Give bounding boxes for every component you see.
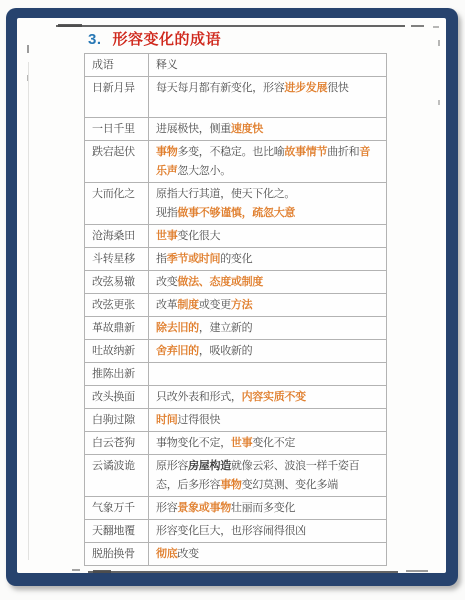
plain-text: 形容变化巨大，也形容闹得很凶	[156, 525, 306, 537]
idiom-cell: 吐故纳新	[85, 340, 149, 363]
idiom-cell: 天翻地覆	[85, 520, 149, 543]
highlighted-text: 世事	[156, 230, 177, 242]
plain-text: 曲折和	[327, 146, 359, 158]
highlighted-text: 除去旧的	[156, 322, 199, 334]
idiom-cell: 沧海桑田	[85, 225, 149, 248]
idiom-table: 成语释义日新月异每天每月都有新变化，形容进步发展很快一日千里进展极快，侧重速度快…	[84, 53, 387, 566]
plain-text: 改革	[156, 299, 177, 311]
idiom-cell: 脱胎换骨	[85, 543, 149, 566]
meaning-line: 原指大行其道，使天下化之。	[156, 185, 379, 204]
table-header-row: 成语释义	[85, 54, 387, 77]
meaning-line: 形容景象或事物壮丽而多变化	[156, 499, 379, 518]
meaning-cell: 事物变化不定，世事变化不定	[149, 432, 387, 455]
meaning-cell	[149, 363, 387, 386]
idiom-cell: 大而化之	[85, 183, 149, 225]
highlighted-text: 做法、态度或制度	[177, 276, 263, 288]
meaning-line: 事物多变，不稳定。也比喻故事情节曲折和音	[156, 143, 379, 162]
scan-artifact	[27, 45, 29, 53]
plain-text: 形容	[156, 502, 177, 514]
highlighted-text: 世事	[231, 437, 252, 449]
bottom-rule	[88, 571, 398, 573]
meaning-cell: 改变做法、态度或制度	[149, 271, 387, 294]
plain-text: 变化很大	[177, 230, 220, 242]
table-row: 跌宕起伏事物多变，不稳定。也比喻故事情节曲折和音乐声忽大忽小。	[85, 141, 387, 183]
meaning-cell: 指季节或时间的变化	[149, 248, 387, 271]
meaning-line: 时间过得很快	[156, 411, 379, 430]
header-idiom: 成语	[85, 54, 149, 77]
highlighted-text: 方法	[231, 299, 252, 311]
meaning-cell: 原指大行其道，使天下化之。现指做事不够谨慎，疏忽大意	[149, 183, 387, 225]
plain-text: 改变	[177, 548, 198, 560]
meaning-line: 每天每月都有新变化，形容进步发展很快	[156, 79, 379, 98]
table-row: 日新月异每天每月都有新变化，形容进步发展很快	[85, 77, 387, 118]
highlighted-text: 内容实质不变	[242, 391, 306, 403]
scan-edge-line	[28, 62, 29, 560]
plain-text: 的变化	[220, 253, 252, 265]
idiom-cell: 革故鼎新	[85, 317, 149, 340]
plain-text: 变幻莫测、变化多端	[242, 479, 338, 491]
meaning-line: 形容变化巨大，也形容闹得很凶	[156, 522, 379, 541]
table-row: 改弦易辙改变做法、态度或制度	[85, 271, 387, 294]
meaning-cell: 形容变化巨大，也形容闹得很凶	[149, 520, 387, 543]
plain-text: ，吸收新的	[199, 345, 253, 357]
meaning-cell: 舍弃旧的，吸收新的	[149, 340, 387, 363]
table-row: 推陈出新	[85, 363, 387, 386]
idiom-cell: 云谲波诡	[85, 455, 149, 497]
meaning-line: 彻底改变	[156, 545, 379, 564]
meaning-cell: 彻底改变	[149, 543, 387, 566]
meaning-cell: 事物多变，不稳定。也比喻故事情节曲折和音乐声忽大忽小。	[149, 141, 387, 183]
page-frame: 3.形容变化的成语 成语释义日新月异每天每月都有新变化，形容进步发展很快一日千里…	[6, 8, 458, 586]
plain-text: 原指大行其道，使天下化之。	[156, 188, 295, 200]
plain-text: 态，后多形容	[156, 479, 220, 491]
bold-text: 房屋构造	[188, 460, 231, 472]
plain-text: 原形容	[156, 460, 188, 472]
worksheet-page: 3.形容变化的成语 成语释义日新月异每天每月都有新变化，形容进步发展很快一日千里…	[17, 18, 446, 573]
plain-text: 或变更	[199, 299, 231, 311]
highlighted-text: 事物	[220, 479, 241, 491]
meaning-line	[156, 365, 379, 384]
idiom-cell: 改头换面	[85, 386, 149, 409]
table-row: 斗转星移指季节或时间的变化	[85, 248, 387, 271]
table-row: 大而化之原指大行其道，使天下化之。现指做事不够谨慎，疏忽大意	[85, 183, 387, 225]
highlighted-text: 舍弃旧的	[156, 345, 199, 357]
table-row: 沧海桑田世事变化很大	[85, 225, 387, 248]
meaning-cell: 形容景象或事物壮丽而多变化	[149, 497, 387, 520]
meaning-cell: 原形容房屋构造就像云彩、波浪一样千姿百态，后多形容事物变幻莫测、变化多端	[149, 455, 387, 497]
meaning-cell: 世事变化很大	[149, 225, 387, 248]
plain-text: 很快	[327, 82, 348, 94]
plain-text: 只改外表和形式，	[156, 391, 242, 403]
scan-artifact	[438, 40, 440, 46]
meaning-cell: 每天每月都有新变化，形容进步发展很快	[149, 77, 387, 118]
scan-artifact	[406, 570, 428, 572]
top-rule-bold	[58, 24, 82, 27]
plain-text: 每天每月都有新变化，形容	[156, 82, 284, 94]
table-row: 天翻地覆形容变化巨大，也形容闹得很凶	[85, 520, 387, 543]
highlighted-text: 季节或时间	[167, 253, 221, 265]
meaning-line: 只改外表和形式，内容实质不变	[156, 388, 379, 407]
highlighted-text: 进步发展	[284, 82, 327, 94]
section-title: 3.形容变化的成语	[88, 29, 221, 50]
idiom-cell: 改弦更张	[85, 294, 149, 317]
table-row: 改弦更张改革制度或变更方法	[85, 294, 387, 317]
meaning-cell: 除去旧的，建立新的	[149, 317, 387, 340]
plain-text: 指	[156, 253, 167, 265]
plain-text: 现指	[156, 207, 177, 219]
highlighted-text: 制度	[177, 299, 198, 311]
idiom-cell: 跌宕起伏	[85, 141, 149, 183]
highlighted-text: 景象或事物	[177, 502, 231, 514]
meaning-line: 除去旧的，建立新的	[156, 319, 379, 338]
plain-text: 就像云彩、波浪一样千姿百	[231, 460, 359, 472]
bottom-rule-bold	[93, 570, 111, 573]
meaning-cell: 只改外表和形式，内容实质不变	[149, 386, 387, 409]
plain-text: 忽大忽小。	[177, 165, 231, 177]
plain-text: 多变，不稳定。也比喻	[177, 146, 284, 158]
section-title-text: 形容变化的成语	[113, 31, 222, 48]
meaning-line: 世事变化很大	[156, 227, 379, 246]
meaning-line: 舍弃旧的，吸收新的	[156, 342, 379, 361]
meaning-line: 乐声忽大忽小。	[156, 162, 379, 181]
idiom-cell: 白驹过隙	[85, 409, 149, 432]
idiom-cell: 白云苍狗	[85, 432, 149, 455]
top-rule	[56, 25, 405, 27]
meaning-line: 原形容房屋构造就像云彩、波浪一样千姿百	[156, 457, 379, 476]
highlighted-text: 乐声	[156, 165, 177, 177]
highlighted-text: 事物	[156, 146, 177, 158]
meaning-line: 改变做法、态度或制度	[156, 273, 379, 292]
meaning-line: 改革制度或变更方法	[156, 296, 379, 315]
table-row: 云谲波诡原形容房屋构造就像云彩、波浪一样千姿百态，后多形容事物变幻莫测、变化多端	[85, 455, 387, 497]
plain-text: 改变	[156, 276, 177, 288]
meaning-cell: 进展极快，侧重速度快	[149, 118, 387, 141]
table-row: 革故鼎新除去旧的，建立新的	[85, 317, 387, 340]
table-row: 脱胎换骨彻底改变	[85, 543, 387, 566]
highlighted-text: 彻底	[156, 548, 177, 560]
highlighted-text: 做事不够谨慎，疏忽大意	[177, 207, 295, 219]
plain-text: 壮丽而多变化	[231, 502, 295, 514]
idiom-cell: 斗转星移	[85, 248, 149, 271]
meaning-line: 指季节或时间的变化	[156, 250, 379, 269]
scan-artifact	[433, 26, 439, 28]
meaning-line: 事物变化不定，世事变化不定	[156, 434, 379, 453]
plain-text: 进展极快，侧重	[156, 123, 231, 135]
idiom-cell: 一日千里	[85, 118, 149, 141]
scan-artifact	[438, 100, 440, 105]
header-meaning: 释义	[149, 54, 387, 77]
table-row: 一日千里进展极快，侧重速度快	[85, 118, 387, 141]
plain-text: ，建立新的	[199, 322, 253, 334]
idiom-cell: 气象万千	[85, 497, 149, 520]
highlighted-text: 故事情节	[284, 146, 327, 158]
meaning-cell: 改革制度或变更方法	[149, 294, 387, 317]
table-row: 气象万千形容景象或事物壮丽而多变化	[85, 497, 387, 520]
idiom-cell: 推陈出新	[85, 363, 149, 386]
scan-artifact	[72, 569, 80, 571]
table-row: 吐故纳新舍弃旧的，吸收新的	[85, 340, 387, 363]
meaning-line: 态，后多形容事物变幻莫测、变化多端	[156, 476, 379, 495]
table-row: 白驹过隙时间过得很快	[85, 409, 387, 432]
plain-text: 变化不定	[252, 437, 295, 449]
highlighted-text: 时间	[156, 414, 177, 426]
highlighted-text: 速度快	[231, 123, 263, 135]
meaning-line: 现指做事不够谨慎，疏忽大意	[156, 204, 379, 223]
table-row: 白云苍狗事物变化不定，世事变化不定	[85, 432, 387, 455]
meaning-line: 进展极快，侧重速度快	[156, 120, 379, 139]
highlighted-text: 音	[359, 146, 370, 158]
section-number: 3.	[88, 31, 102, 48]
idiom-cell: 日新月异	[85, 77, 149, 118]
plain-text: 过得很快	[177, 414, 220, 426]
scan-artifact	[411, 25, 424, 27]
meaning-cell: 时间过得很快	[149, 409, 387, 432]
idiom-cell: 改弦易辙	[85, 271, 149, 294]
plain-text: 事物变化不定，	[156, 437, 231, 449]
table-row: 改头换面只改外表和形式，内容实质不变	[85, 386, 387, 409]
